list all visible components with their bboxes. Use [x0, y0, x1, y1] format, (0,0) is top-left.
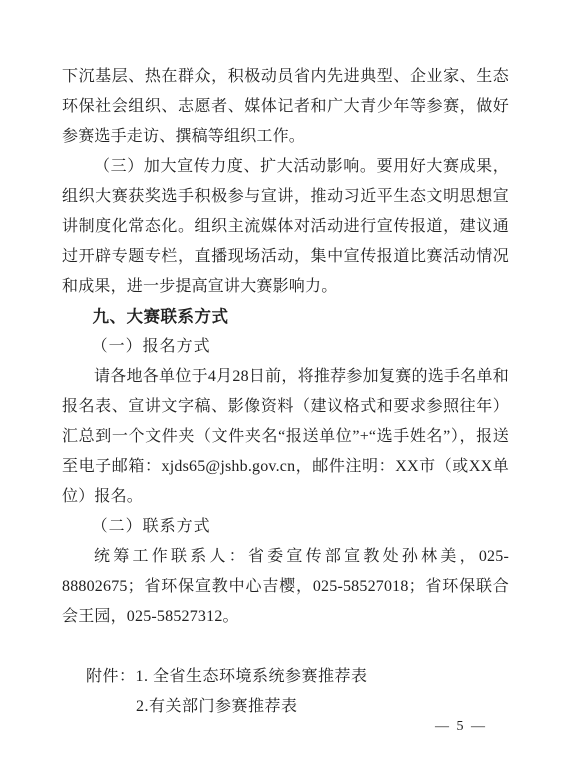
document-page: 下沉基层、热在群众，积极动员省内先进典型、企业家、生态环保社会组织、志愿者、媒体… [0, 0, 571, 767]
attachment-item-2: 2.有关部门参赛推荐表 [136, 692, 509, 722]
attachment-label: 附件： [86, 668, 136, 685]
paragraph-section-three-rest: 要用好大赛成果，组织大赛获奖选手积极参与宣讲，推动习近平生态文明思想宣讲制度化常… [62, 158, 509, 295]
subsection-two-heading: （二）联系方式 [62, 512, 509, 542]
paragraph-section-three-lead: （三）加大宣传力度、扩大活动影响。 [94, 158, 376, 175]
paragraph-signup: 请各地各单位于4月28日前，将推荐参加复赛的选手名单和报名表、宣讲文字稿、影像资… [62, 362, 509, 512]
attachments-block: 附件：1. 全省生态环境系统参赛推荐表 2.有关部门参赛推荐表 [62, 662, 509, 722]
attachment-item-1: 1. 全省生态环境系统参赛推荐表 [136, 668, 368, 685]
paragraph-section-three: （三）加大宣传力度、扩大活动影响。要用好大赛成果，组织大赛获奖选手积极参与宣讲，… [62, 152, 509, 302]
page-number: — 5 — [435, 719, 487, 735]
document-body: 下沉基层、热在群众，积极动员省内先进典型、企业家、生态环保社会组织、志愿者、媒体… [62, 62, 509, 722]
paragraph-contact: 统筹工作联系人：省委宣传部宣教处孙林美，025-88802675；省环保宣教中心… [62, 542, 509, 632]
section-heading-nine: 九、大赛联系方式 [62, 302, 509, 332]
attachment-line-1: 附件：1. 全省生态环境系统参赛推荐表 [62, 662, 509, 692]
paragraph-continuation: 下沉基层、热在群众，积极动员省内先进典型、企业家、生态环保社会组织、志愿者、媒体… [62, 62, 509, 152]
subsection-one-heading: （一）报名方式 [62, 332, 509, 362]
